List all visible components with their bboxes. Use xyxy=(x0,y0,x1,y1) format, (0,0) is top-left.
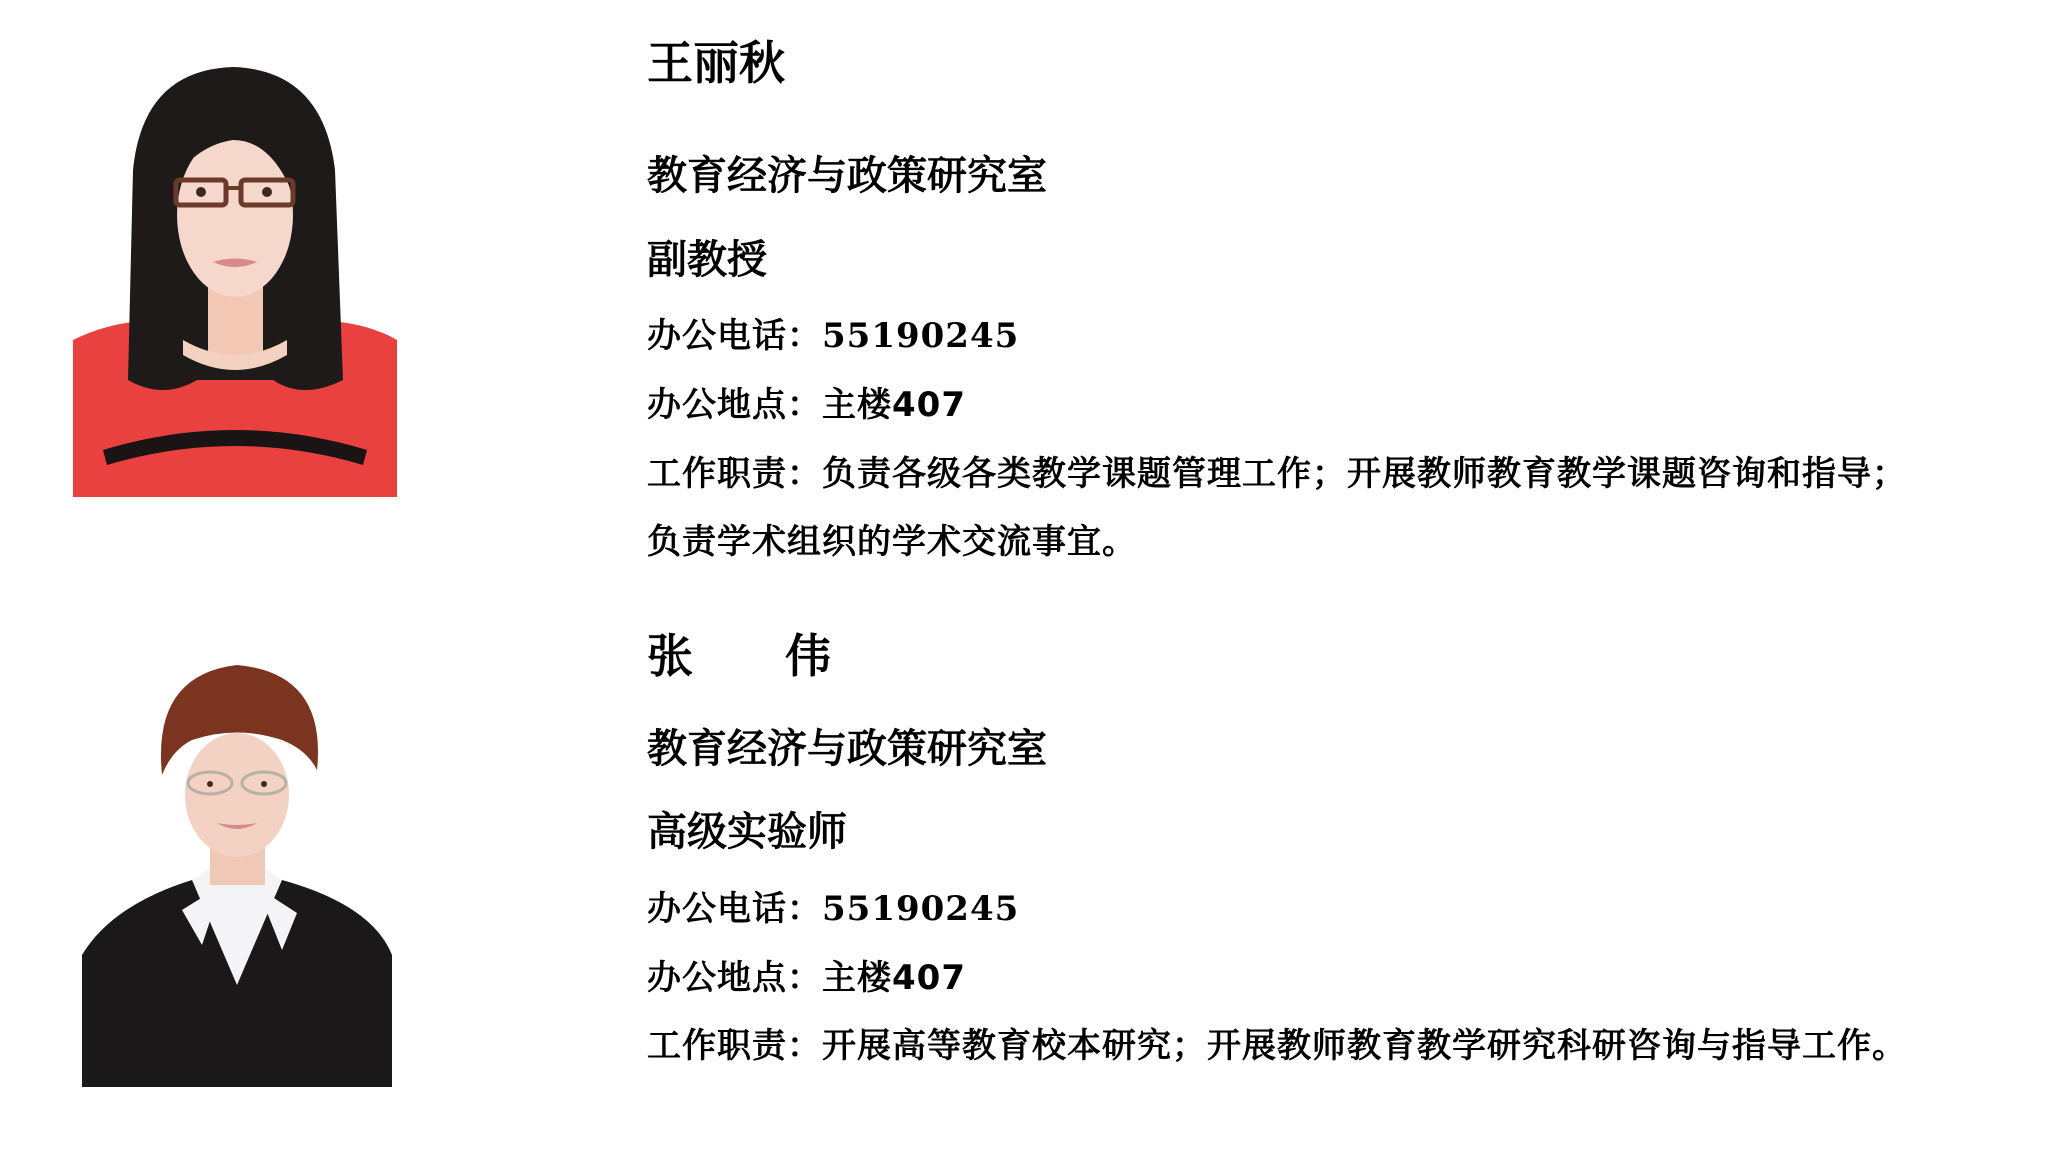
phone-value: 55190245 xyxy=(822,889,1019,929)
staff-location-row: 办公地点：主楼407 xyxy=(647,388,966,422)
staff-duties-row: 工作职责：开展高等教育校本研究；开展教师教育教学研究科研咨询与指导工作。 xyxy=(647,1029,1907,1063)
location-label: 办公地点： xyxy=(647,958,822,998)
location-value: 主楼407 xyxy=(822,385,966,425)
duties-value: 负责各级各类教学课题管理工作；开展教师教育教学课题咨询和指导； xyxy=(822,454,1907,494)
staff-name: 张 伟 xyxy=(647,633,831,679)
staff-location-row: 办公地点：主楼407 xyxy=(647,961,966,995)
duties-label: 工作职责： xyxy=(647,454,822,494)
staff-phone-row: 办公电话：55190245 xyxy=(647,892,1019,926)
phone-label: 办公电话： xyxy=(647,889,822,929)
staff-photo-wang-liqiu xyxy=(73,50,397,497)
staff-position: 副教授 xyxy=(647,240,767,280)
staff-duties-row: 工作职责：负责各级各类教学课题管理工作；开展教师教育教学课题咨询和指导； xyxy=(647,457,1907,491)
staff-phone-row: 办公电话：55190245 xyxy=(647,319,1019,353)
staff-photo-zhang-wei xyxy=(82,655,392,1087)
staff-name: 王丽秋 xyxy=(647,40,785,86)
duties-label: 工作职责： xyxy=(647,1026,822,1066)
portrait-icon xyxy=(73,50,397,497)
location-value: 主楼407 xyxy=(822,958,966,998)
duties-value: 开展高等教育校本研究；开展教师教育教学研究科研咨询与指导工作。 xyxy=(822,1026,1907,1066)
phone-value: 55190245 xyxy=(822,316,1019,356)
location-label: 办公地点： xyxy=(647,385,822,425)
phone-label: 办公电话： xyxy=(647,316,822,356)
staff-department: 教育经济与政策研究室 xyxy=(647,729,1047,769)
portrait-icon xyxy=(82,655,392,1087)
staff-position: 高级实验师 xyxy=(647,812,847,852)
staff-department: 教育经济与政策研究室 xyxy=(647,156,1047,196)
staff-duties-continuation: 负责学术组织的学术交流事宜。 xyxy=(647,525,1137,559)
